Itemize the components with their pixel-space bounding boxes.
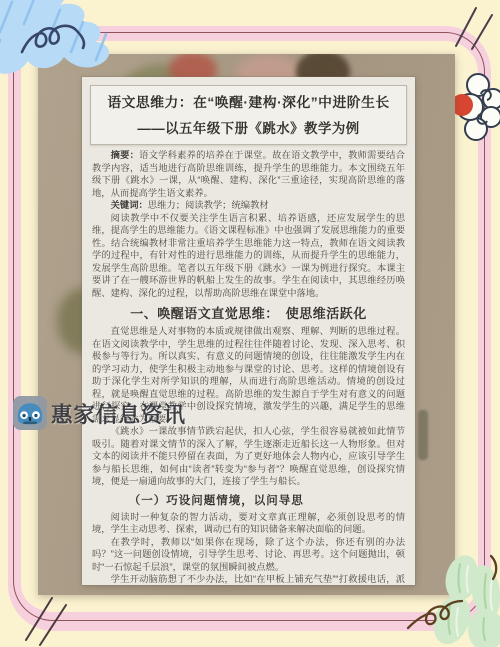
subsection-1-paragraph: 在教学时，教师以“如果你在现场，除了这个办法，你还有别的办法吗？”这一问题创设情…	[92, 536, 405, 574]
photo-scratch-mark	[418, 410, 428, 460]
plant-leaves-doodle-icon	[400, 548, 500, 647]
abstract-paragraph: 摘要：语文学科素养的培养在于课堂。故在语文教学中，教师需要结合教学内容，适当地进…	[92, 149, 405, 199]
keywords-line: 关键词：思维力；阅读教学；统编教材	[92, 199, 405, 212]
abstract-label: 摘要：	[111, 150, 140, 160]
godot-robot-logo-icon	[13, 396, 47, 430]
watermark: 惠家信息资讯	[13, 396, 186, 430]
section-1-heading: 一、唤醒语文直觉思维： 使思维活跃化	[92, 303, 405, 322]
rain-cloud-doodle-icon	[0, 0, 160, 96]
watermark-text: 惠家信息资讯	[51, 398, 186, 429]
flower-doodle-icon	[448, 72, 500, 142]
document-subtitle: ——以五年级下册《跳水》教学为例	[95, 118, 402, 137]
sparkle-lines-icon	[18, 590, 76, 647]
post-image: { "page": { "background_color": "#fbf2d0…	[0, 0, 500, 647]
document-paper: 语文思维力：在“唤醒·建构·深化”中进阶生长 ——以五年级下册《跳水》教学为例 …	[82, 77, 415, 585]
subsection-1-heading: （一）巧设问题情境，以问导思	[92, 492, 405, 508]
subsection-1-paragraph: 阅读时一种复杂的智力活动，要对文章真正理解，必须创设思考的情境，学生主动思考、探…	[92, 511, 405, 536]
section-1-paragraph: 《跳水》一课故事情节跌宕起伏，扣人心弦，学生很容易就被如此情节吸引。随着对课文情…	[92, 425, 405, 488]
intro-paragraph: 阅读教学中不仅要关注学生语言积累、培养语感，还应发展学生的思维，提高学生的思维能…	[92, 212, 405, 300]
keywords-label: 关键词：	[111, 200, 148, 210]
document-title: 语文思维力：在“唤醒·建构·深化”中进阶生长	[95, 94, 402, 111]
subsection-1-paragraph: 学生开动脑筋想了不少办法，比如“在甲板上铺充气垫”“打救援电话，派救援直升机”“…	[92, 573, 405, 585]
sparkle-lines-icon	[446, 2, 500, 52]
keywords-text: 思维力；阅读教学；统编教材	[148, 200, 269, 210]
abstract-text: 语文学科素养的培养在于课堂。故在语文教学中，教师需要结合教学内容，适当地进行高阶…	[92, 150, 405, 198]
